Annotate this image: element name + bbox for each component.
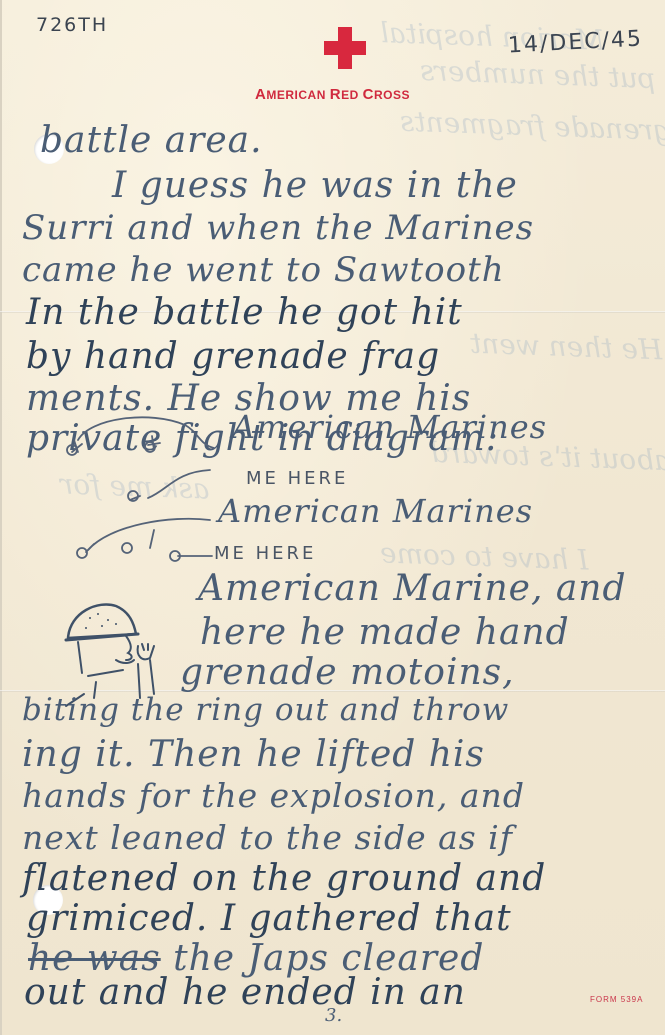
letter-line: hands for the explosion, and [22,776,525,815]
letter-line: grimiced. I gathered that [26,898,512,939]
letter-line: here he made hand [200,612,570,653]
page-number: 3. [325,1005,342,1026]
letter-line: out and he ended in an [24,972,466,1013]
diagram-label-american-marines: American Marines [232,408,547,446]
letter-line: ing it. Then he lifted his [22,734,485,775]
letter-line: flatened on the ground and [22,858,546,899]
diagram-label-me-here: ME HERE [246,468,348,489]
letter-line: American Marine, and [198,568,627,609]
letter-line: biting the ring out and throw [22,692,509,728]
letter-line: grenade motoins, [180,652,515,693]
form-number: FORM 539A [590,995,643,1004]
diagram-label-american-marines: American Marines [218,492,533,530]
letter-line: next leaned to the side as if [22,818,513,857]
diagram-label-me-here: ME HERE [214,543,316,564]
